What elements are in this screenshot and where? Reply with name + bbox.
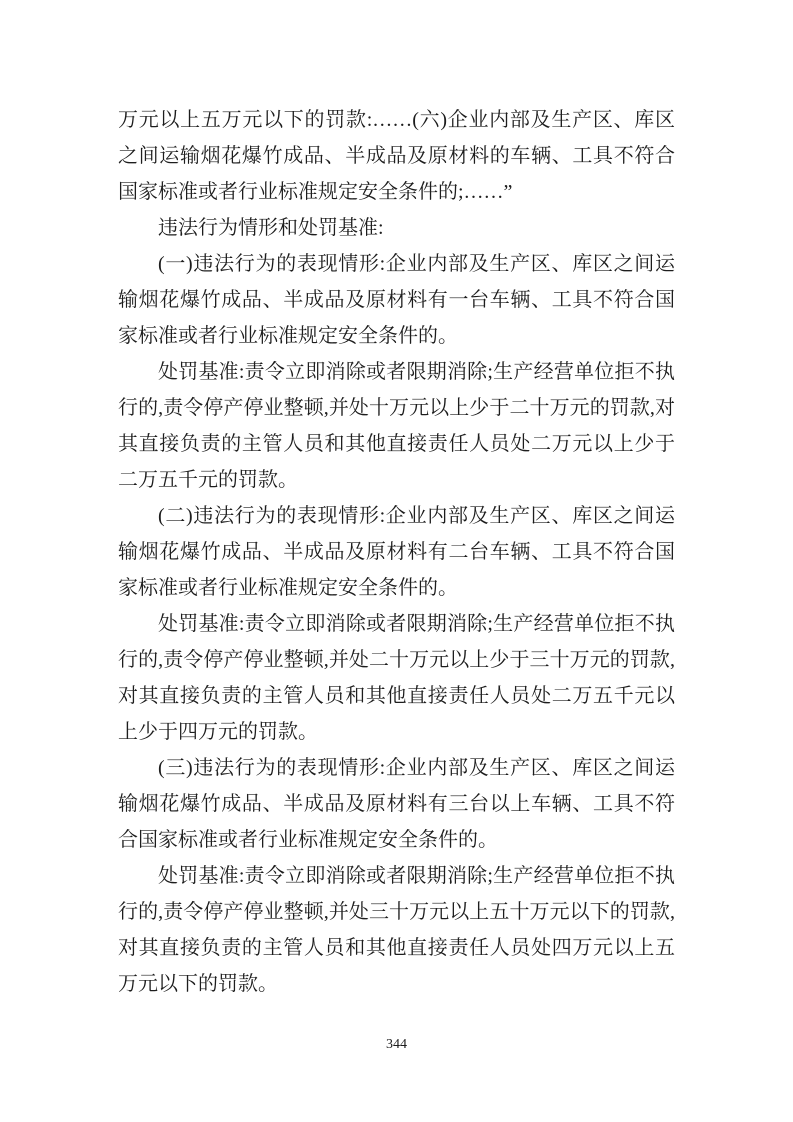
paragraph: 万元以上五万元以下的罚款:……(六)企业内部及生产区、库区之间运输烟花爆竹成品、… <box>118 102 675 210</box>
paragraph: (一)违法行为的表现情形:企业内部及生产区、库区之间运输烟花爆竹成品、半成品及原… <box>118 246 675 354</box>
paragraph: 处罚基准:责令立即消除或者限期消除;生产经营单位拒不执行的,责令停产停业整顿,并… <box>118 354 675 498</box>
document-body: 万元以上五万元以下的罚款:……(六)企业内部及生产区、库区之间运输烟花爆竹成品、… <box>118 102 675 1002</box>
document-page: 万元以上五万元以下的罚款:……(六)企业内部及生产区、库区之间运输烟花爆竹成品、… <box>0 0 793 1122</box>
paragraph: 违法行为情形和处罚基准: <box>118 210 675 246</box>
paragraph: 处罚基准:责令立即消除或者限期消除;生产经营单位拒不执行的,责令停产停业整顿,并… <box>118 606 675 750</box>
paragraph: (二)违法行为的表现情形:企业内部及生产区、库区之间运输烟花爆竹成品、半成品及原… <box>118 498 675 606</box>
paragraph: (三)违法行为的表现情形:企业内部及生产区、库区之间运输烟花爆竹成品、半成品及原… <box>118 750 675 858</box>
page-number: 344 <box>0 1036 793 1054</box>
paragraph: 处罚基准:责令立即消除或者限期消除;生产经营单位拒不执行的,责令停产停业整顿,并… <box>118 858 675 1002</box>
